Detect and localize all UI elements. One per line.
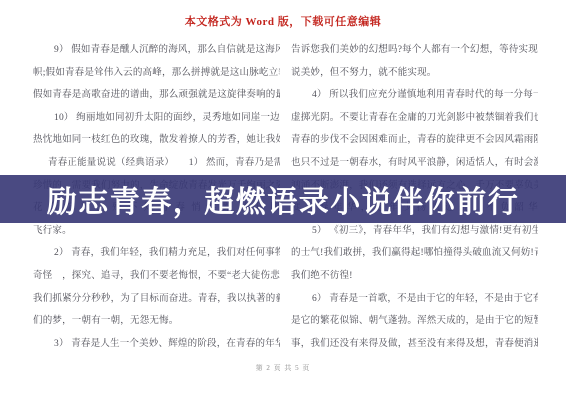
- text-line: 奇怪 ，探究、追寻，我们不要老悔恨，不要“老大徒伤悲”。因此，: [33, 265, 280, 288]
- text-line: 热忱地如同一枝红色的玫瑰，散发着撩人的芳香，她让我如此深深着迷。: [33, 129, 280, 152]
- text-line: 事，我们还没有来得及做，甚至没有来得及想，青春便消逝在了现实: [291, 333, 538, 356]
- title-banner-overlay: 励志青春，超燃语录小说伴你前行: [0, 175, 566, 223]
- text-line: 3） 青春是人生一个美妙、辉煌的阶段，在青春的年华，我们不: [33, 333, 280, 356]
- banner-title: 励志青春，超燃语录小说伴你前行: [47, 177, 520, 221]
- text-line: 4） 所以我们应充分谨慎地利用青春时代的每一分每一秒，不: [291, 84, 538, 107]
- page-number-indicator: 第 2 页 共 5 页: [0, 363, 566, 373]
- text-line: 我们抓紧分分秒秒，为了目标而奋进。青春，我以执著的毅力、追寻我: [33, 288, 280, 311]
- text-line: 的士气!我们敢拼，我们赢得起!哪怕撞得头破血流又何妨!青春的路上: [291, 242, 538, 265]
- text-line: 5） 《初三》，青春年华，我们有幻想与激情!更有初生牛犊不怕虎: [291, 220, 538, 243]
- text-line: 告诉您我们美妙的幻想吗?每个人都有一个幻想，等待实现，幻想虽: [291, 39, 538, 62]
- text-line: 6） 青春是一首歌，不是由于它的年轻，不是由于它有多美，不: [291, 288, 538, 311]
- text-line: 是它的繁花似锦、朝气蓬勃。浑然天成的，是由于它的短暂。当很多: [291, 310, 538, 333]
- text-line: 飞行家。: [33, 220, 280, 243]
- text-line: 假如青春是高歌奋进的谱曲，那么顽强就是这旋律奏响的最强音！: [33, 84, 280, 107]
- text-line: 2） 青春，我们年轻，我们精力充足，我们对任何事物都布满了: [33, 242, 280, 265]
- text-line: 说美妙，但不努力，就不能实现。: [291, 62, 538, 85]
- text-line: 我们绝不彷徨!: [291, 265, 538, 288]
- word-format-notice: 本文格式为 Word 版，下载可任意编辑: [0, 13, 566, 29]
- text-line: 9） 假如青春是醺人沉醉的海风，那么自信就是这海风前行的旗: [33, 39, 280, 62]
- text-line: 也只不过是一朝春水，有时风平浪静，闲适恬人，有时会激流澎湃，: [291, 152, 538, 175]
- text-line: 青春正能量说说（经典语录） 1） 然而，青春乃是需要我们: [33, 152, 280, 175]
- text-line: 帜;假如青春是耸伟入云的高峰，那么拼搏就是这山脉屹立攀高的动力;: [33, 62, 280, 85]
- text-line: 10） 绚丽地如同初升太阳的面纱，灵秀地如同崖一边的一枝百合，: [33, 107, 280, 130]
- text-line: 们的梦，一朝有一朝，无怨无悔。: [33, 310, 280, 333]
- text-line: 虚掷光阴。不要让青春在金庸的刀光剑影中被禁锢着我们也应坚信，: [291, 107, 538, 130]
- text-line: 青春的步伐不会因困难而止，青春的旋律更不会因风霜雨阻挠。青春: [291, 129, 538, 152]
